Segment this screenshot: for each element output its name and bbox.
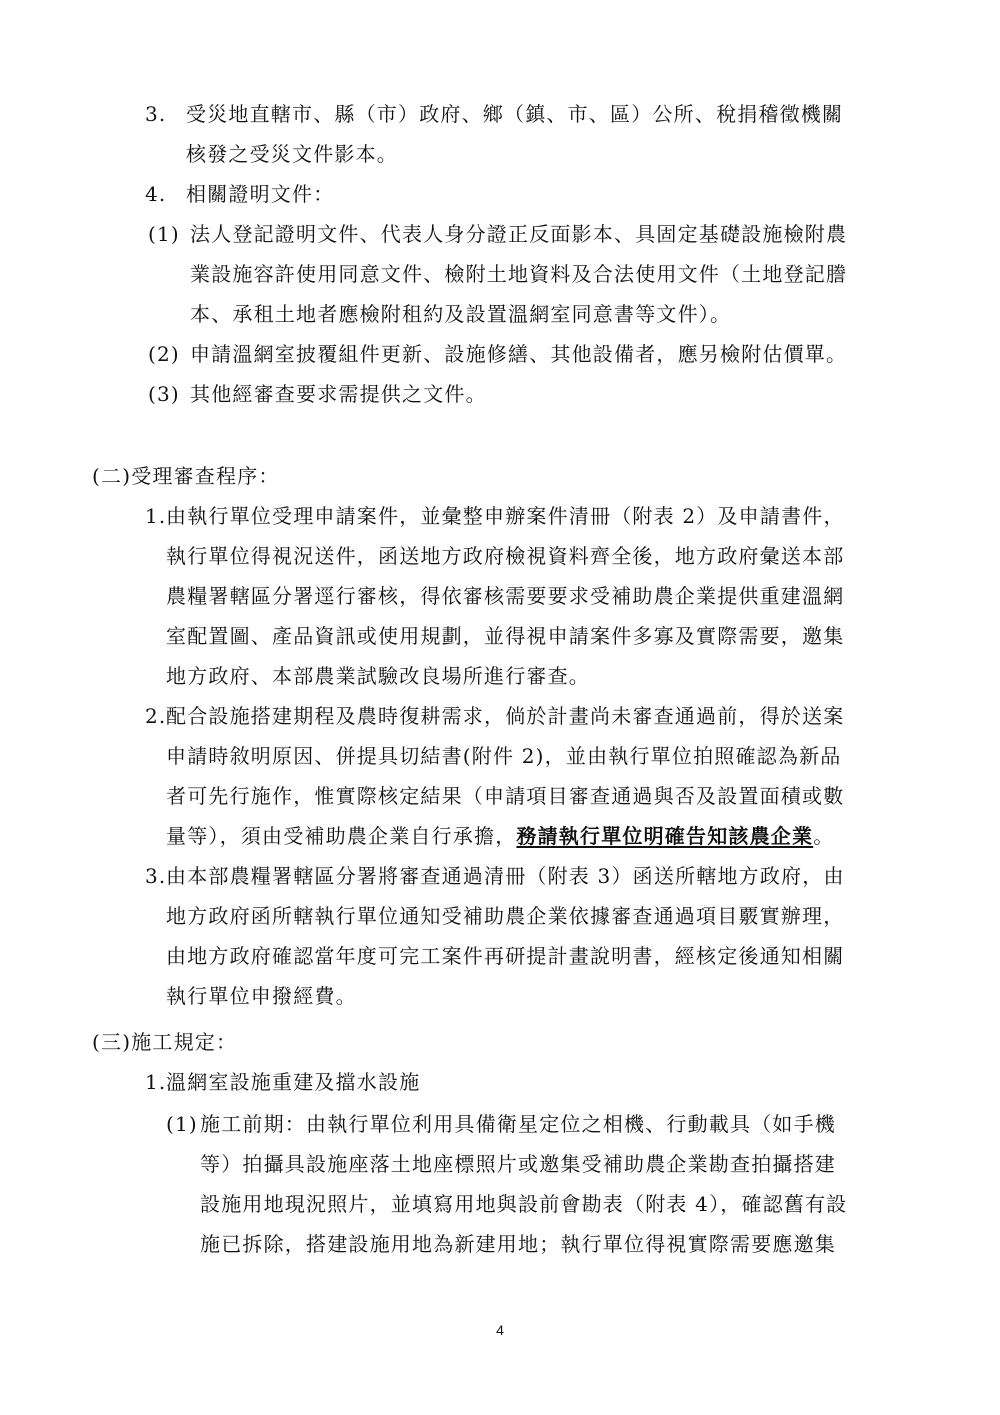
item-4-sub-1-marker: (1) xyxy=(148,222,180,246)
item-4-sub-2-marker: (2) xyxy=(148,342,180,366)
s3-item-1-marker: 1. xyxy=(145,1070,166,1094)
s2-item-3-marker: 3. xyxy=(145,864,166,888)
item-3-marker: 3. xyxy=(145,102,166,126)
s2-item-1-marker: 1. xyxy=(145,504,166,528)
s3-item-1-title: 溫網室設施重建及擋水設施 xyxy=(166,1070,420,1094)
s2-item-3-line-2: 地方政府函所轄執行單位通知受補助農企業依據審查通過項目覈實辦理， xyxy=(166,904,844,928)
emphasis-notice: 務請執行單位明確告知該農企業 xyxy=(516,824,813,848)
item-4-sub-3-marker: (3) xyxy=(148,382,180,406)
s2-item-2-line-4-end: 。 xyxy=(813,824,834,848)
item-4-sub-1-line-2: 業設施容許使用同意文件、檢附土地資料及合法使用文件（土地登記謄 xyxy=(190,262,847,286)
s2-item-2-line-1: 配合設施搭建期程及農時復耕需求，倘於計畫尚未審查通過前，得於送案 xyxy=(166,704,844,728)
s2-item-1-line-4: 室配置圖、產品資訊或使用規劃，並得視申請案件多寡及實際需要，邀集 xyxy=(166,624,844,648)
s3-item-1-sub-1-line-4: 施已拆除，搭建設施用地為新建用地；執行單位得視實際需要應邀集 xyxy=(200,1232,836,1256)
s2-item-2-marker: 2. xyxy=(145,704,166,728)
s2-item-1-line-1: 由執行單位受理申請案件，並彙整申辦案件清冊（附表 2）及申請書件， xyxy=(166,504,845,528)
s2-item-2-line-3: 者可先行施作，惟實際核定結果（申請項目審查通過與否及設置面積或數 xyxy=(166,784,844,808)
section-2-heading: (二)受理審查程序： xyxy=(92,464,280,488)
s2-item-2-line-2: 申請時敘明原因、併提具切結書(附件 2)，並由執行單位拍照確認為新品 xyxy=(166,744,842,768)
s2-item-1-line-5: 地方政府、本部農業試驗改良場所進行審查。 xyxy=(166,664,590,688)
page-number: 4 xyxy=(0,1322,1000,1338)
s3-item-1-sub-1-line-2: 等）拍攝具設施座落土地座標照片或邀集受補助農企業勘查拍攝搭建 xyxy=(200,1152,836,1176)
s2-item-3-line-3: 由地方政府確認當年度可完工案件再研提計畫說明書，經核定後通知相關 xyxy=(166,944,844,968)
s2-item-1-line-2: 執行單位得視況送件，函送地方政府檢視資料齊全後，地方政府彙送本部 xyxy=(166,544,844,568)
item-4-sub-1-line-3: 本、承租土地者應檢附租約及設置溫網室同意書等文件）。 xyxy=(190,302,731,326)
s3-item-1-sub-1-line-3: 設施用地現況照片，並填寫用地與設前會勘表（附表 4），確認舊有設 xyxy=(200,1192,847,1216)
item-4-sub-2-line-1: 申請溫網室披覆組件更新、設施修繕、其他設備者，應另檢附估價單。 xyxy=(190,342,847,366)
s2-item-3-line-1: 由本部農糧署轄區分署將審查通過清冊（附表 3）函送所轄地方政府，由 xyxy=(166,864,845,888)
s3-item-1-sub-1-line-1: 施工前期：由執行單位利用具備衛星定位之相機、行動載具（如手機 xyxy=(200,1112,836,1136)
item-4-sub-1-line-1: 法人登記證明文件、代表人身分證正反面影本、具固定基礎設施檢附農 xyxy=(190,222,847,246)
s2-item-2-line-4-text: 量等），須由受補助農企業自行承擔， xyxy=(166,824,516,848)
item-4-sub-3-line-1: 其他經審查要求需提供之文件。 xyxy=(190,382,487,406)
s2-item-2-line-4: 量等），須由受補助農企業自行承擔，務請執行單位明確告知該農企業。 xyxy=(166,824,834,848)
section-3-heading: (三)施工規定： xyxy=(92,1030,237,1054)
s2-item-1-line-3: 農糧署轄區分署逕行審核，得依審核需要要求受補助農企業提供重建溫網 xyxy=(166,584,844,608)
item-3-line-2: 核發之受災文件影本。 xyxy=(186,142,398,166)
s2-item-3-line-4: 執行單位申撥經費。 xyxy=(166,984,357,1008)
item-3-line-1: 受災地直轄市、縣（市）政府、鄉（鎮、市、區）公所、稅捐稽徵機關 xyxy=(186,102,843,126)
item-4-marker: 4. xyxy=(145,182,166,206)
s3-item-1-sub-1-marker: (1) xyxy=(166,1112,198,1136)
item-4-title: 相關證明文件： xyxy=(186,182,334,206)
